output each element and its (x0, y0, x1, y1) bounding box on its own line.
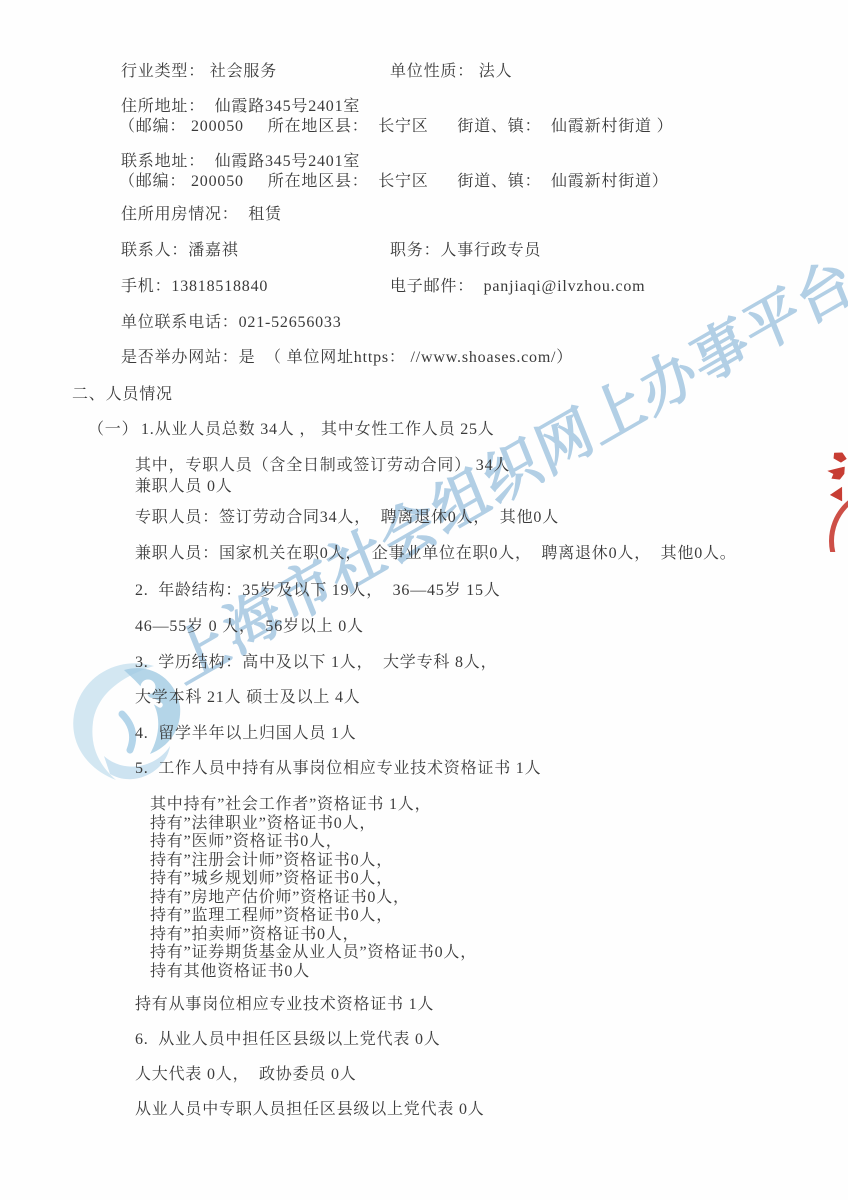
seal-glyph-fragment (832, 450, 848, 464)
cert-line: 持有”监理工程师”资格证书0人， (150, 906, 393, 925)
cert-line: 持有其他资格证书0人 (150, 962, 310, 981)
cert-line: 持有”医师”资格证书0人， (150, 832, 343, 851)
cert-line: 持有”城乡规划师”资格证书0人， (150, 869, 393, 888)
party-representative-count: 6. 从业人员中担任区县级以上党代表 0人 (135, 1030, 441, 1049)
field-industry-type: 行业类型： 社会服务 (121, 62, 277, 81)
parttime-breakdown: 兼职人员：国家机关在职0人， 企事业单位在职0人， 聘离退休0人， 其他0人。 (135, 544, 737, 563)
field-registered-address-detail: （邮编： 200050 所在地区县： 长宁区 街道、镇： 仙霞新村街道 ） (119, 117, 673, 136)
seal-glyph-fragment (830, 483, 848, 501)
field-contact-address-detail: （邮编： 200050 所在地区县： 长宁区 街道、镇： 仙霞新村街道） (119, 172, 669, 191)
cert-line: 其中持有”社会工作者”资格证书 1人， (150, 795, 431, 814)
npc-cppcc-count: 人大代表 0人， 政协委员 0人 (135, 1065, 357, 1084)
red-seal-stamp (821, 448, 848, 552)
education-structure-line1: 3. 学历结构：高中及以下 1人， 大学专科 8人， (135, 653, 497, 672)
fulltime-party-rep-count: 从业人员中专职人员担任区县级以上党代表 0人 (135, 1100, 485, 1119)
field-unit-phone: 单位联系电话：021-52656033 (121, 313, 342, 332)
field-housing-status: 住所用房情况： 租赁 (121, 205, 282, 224)
document-page: 上海市社会组织网上办事平台 行业类型： 社会服务 单位性质： 法人 住所地址： … (0, 0, 848, 1200)
cert-line: 持有”注册会计师”资格证书0人， (150, 851, 393, 870)
returnee-count: 4. 留学半年以上归国人员 1人 (135, 724, 357, 743)
personnel-parttime: 兼职人员 0人 (135, 477, 233, 496)
field-contact-person: 联系人：潘嘉祺 (121, 241, 239, 260)
age-structure-line1: 2. 年龄结构：35岁及以下 19人， 36—45岁 15人 (135, 581, 501, 600)
field-website: 是否举办网站：是 （ 单位网址https： //www.shoases.com/… (121, 348, 573, 367)
personnel-total: 1.从业人员总数 34人 ， 其中女性工作人员 25人 (141, 420, 495, 439)
field-registered-address: 住所地址： 仙霞路345号2401室 (121, 97, 360, 116)
section-title-personnel: 二、人员情况 (72, 385, 173, 404)
cert-line: 持有”法律职业”资格证书0人， (150, 814, 376, 833)
certificate-holders-summary: 持有从事岗位相应专业技术资格证书 1人 (135, 995, 434, 1014)
field-email: 电子邮件： panjiaqi@ilvzhou.com (390, 277, 645, 296)
seal-glyph-fragment (827, 467, 847, 482)
fulltime-breakdown: 专职人员：签订劳动合同34人， 聘离退休0人， 其他0人 (135, 508, 559, 527)
education-structure-line2: 大学本科 21人 硕士及以上 4人 (135, 688, 361, 707)
cert-line: 持有”房地产估价师”资格证书0人， (150, 888, 410, 907)
age-structure-line2: 46—55岁 0 人， 56岁以上 0人 (135, 617, 364, 636)
field-unit-nature: 单位性质： 法人 (390, 62, 512, 81)
certificate-holders-total: 5. 工作人员中持有从事岗位相应专业技术资格证书 1人 (135, 759, 541, 778)
field-duty: 职务：人事行政专员 (390, 241, 541, 260)
cert-line: 持有”证券期货基金从业人员”资格证书0人， (150, 943, 477, 962)
field-contact-address: 联系地址： 仙霞路345号2401室 (121, 152, 360, 171)
item-marker: （一） (88, 420, 138, 439)
cert-line: 持有”拍卖师”资格证书0人， (150, 925, 359, 944)
personnel-fulltime: 其中，专职人员（含全日制或签订劳动合同） 34人 (135, 456, 510, 475)
field-mobile: 手机：13818518840 (121, 277, 268, 296)
